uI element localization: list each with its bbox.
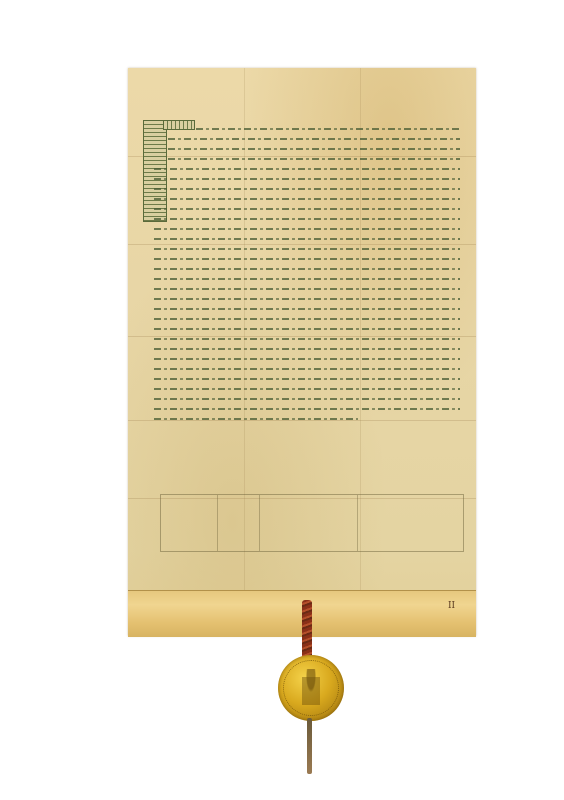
text-line (154, 198, 460, 200)
text-line (154, 408, 460, 410)
seal-cord (302, 600, 312, 660)
text-line (154, 328, 460, 330)
illuminated-initial (143, 120, 167, 222)
text-line (154, 308, 460, 310)
text-line (154, 168, 460, 170)
text-line (154, 228, 460, 230)
text-line (154, 208, 460, 210)
gold-seal (278, 655, 344, 721)
seal-figure (302, 669, 320, 705)
charter-text (168, 128, 460, 428)
text-line (154, 268, 460, 270)
witness-column-divider (259, 495, 260, 551)
text-line (154, 178, 460, 180)
text-line (154, 238, 460, 240)
text-line (154, 348, 460, 350)
text-line (154, 288, 460, 290)
text-line (154, 248, 460, 250)
text-line (154, 258, 460, 260)
text-line (154, 338, 460, 340)
seal-cord-tail (307, 718, 312, 774)
opening-word: FRIDERICUS (0, 0, 1, 1)
text-line (168, 138, 460, 140)
text-line (154, 368, 460, 370)
text-line (154, 418, 358, 420)
text-line (154, 278, 460, 280)
text-line (154, 388, 460, 390)
text-line (154, 398, 460, 400)
text-line (154, 218, 460, 220)
witness-column-divider (217, 495, 218, 551)
witness-list-box (160, 494, 464, 552)
text-line (196, 128, 460, 130)
plica-mark: II (448, 601, 455, 611)
text-line (168, 158, 460, 160)
text-line (154, 378, 460, 380)
witness-column-divider (357, 495, 358, 551)
text-line (154, 358, 460, 360)
text-line (154, 188, 460, 190)
text-line (154, 298, 460, 300)
text-line (168, 148, 460, 150)
text-line (154, 318, 460, 320)
